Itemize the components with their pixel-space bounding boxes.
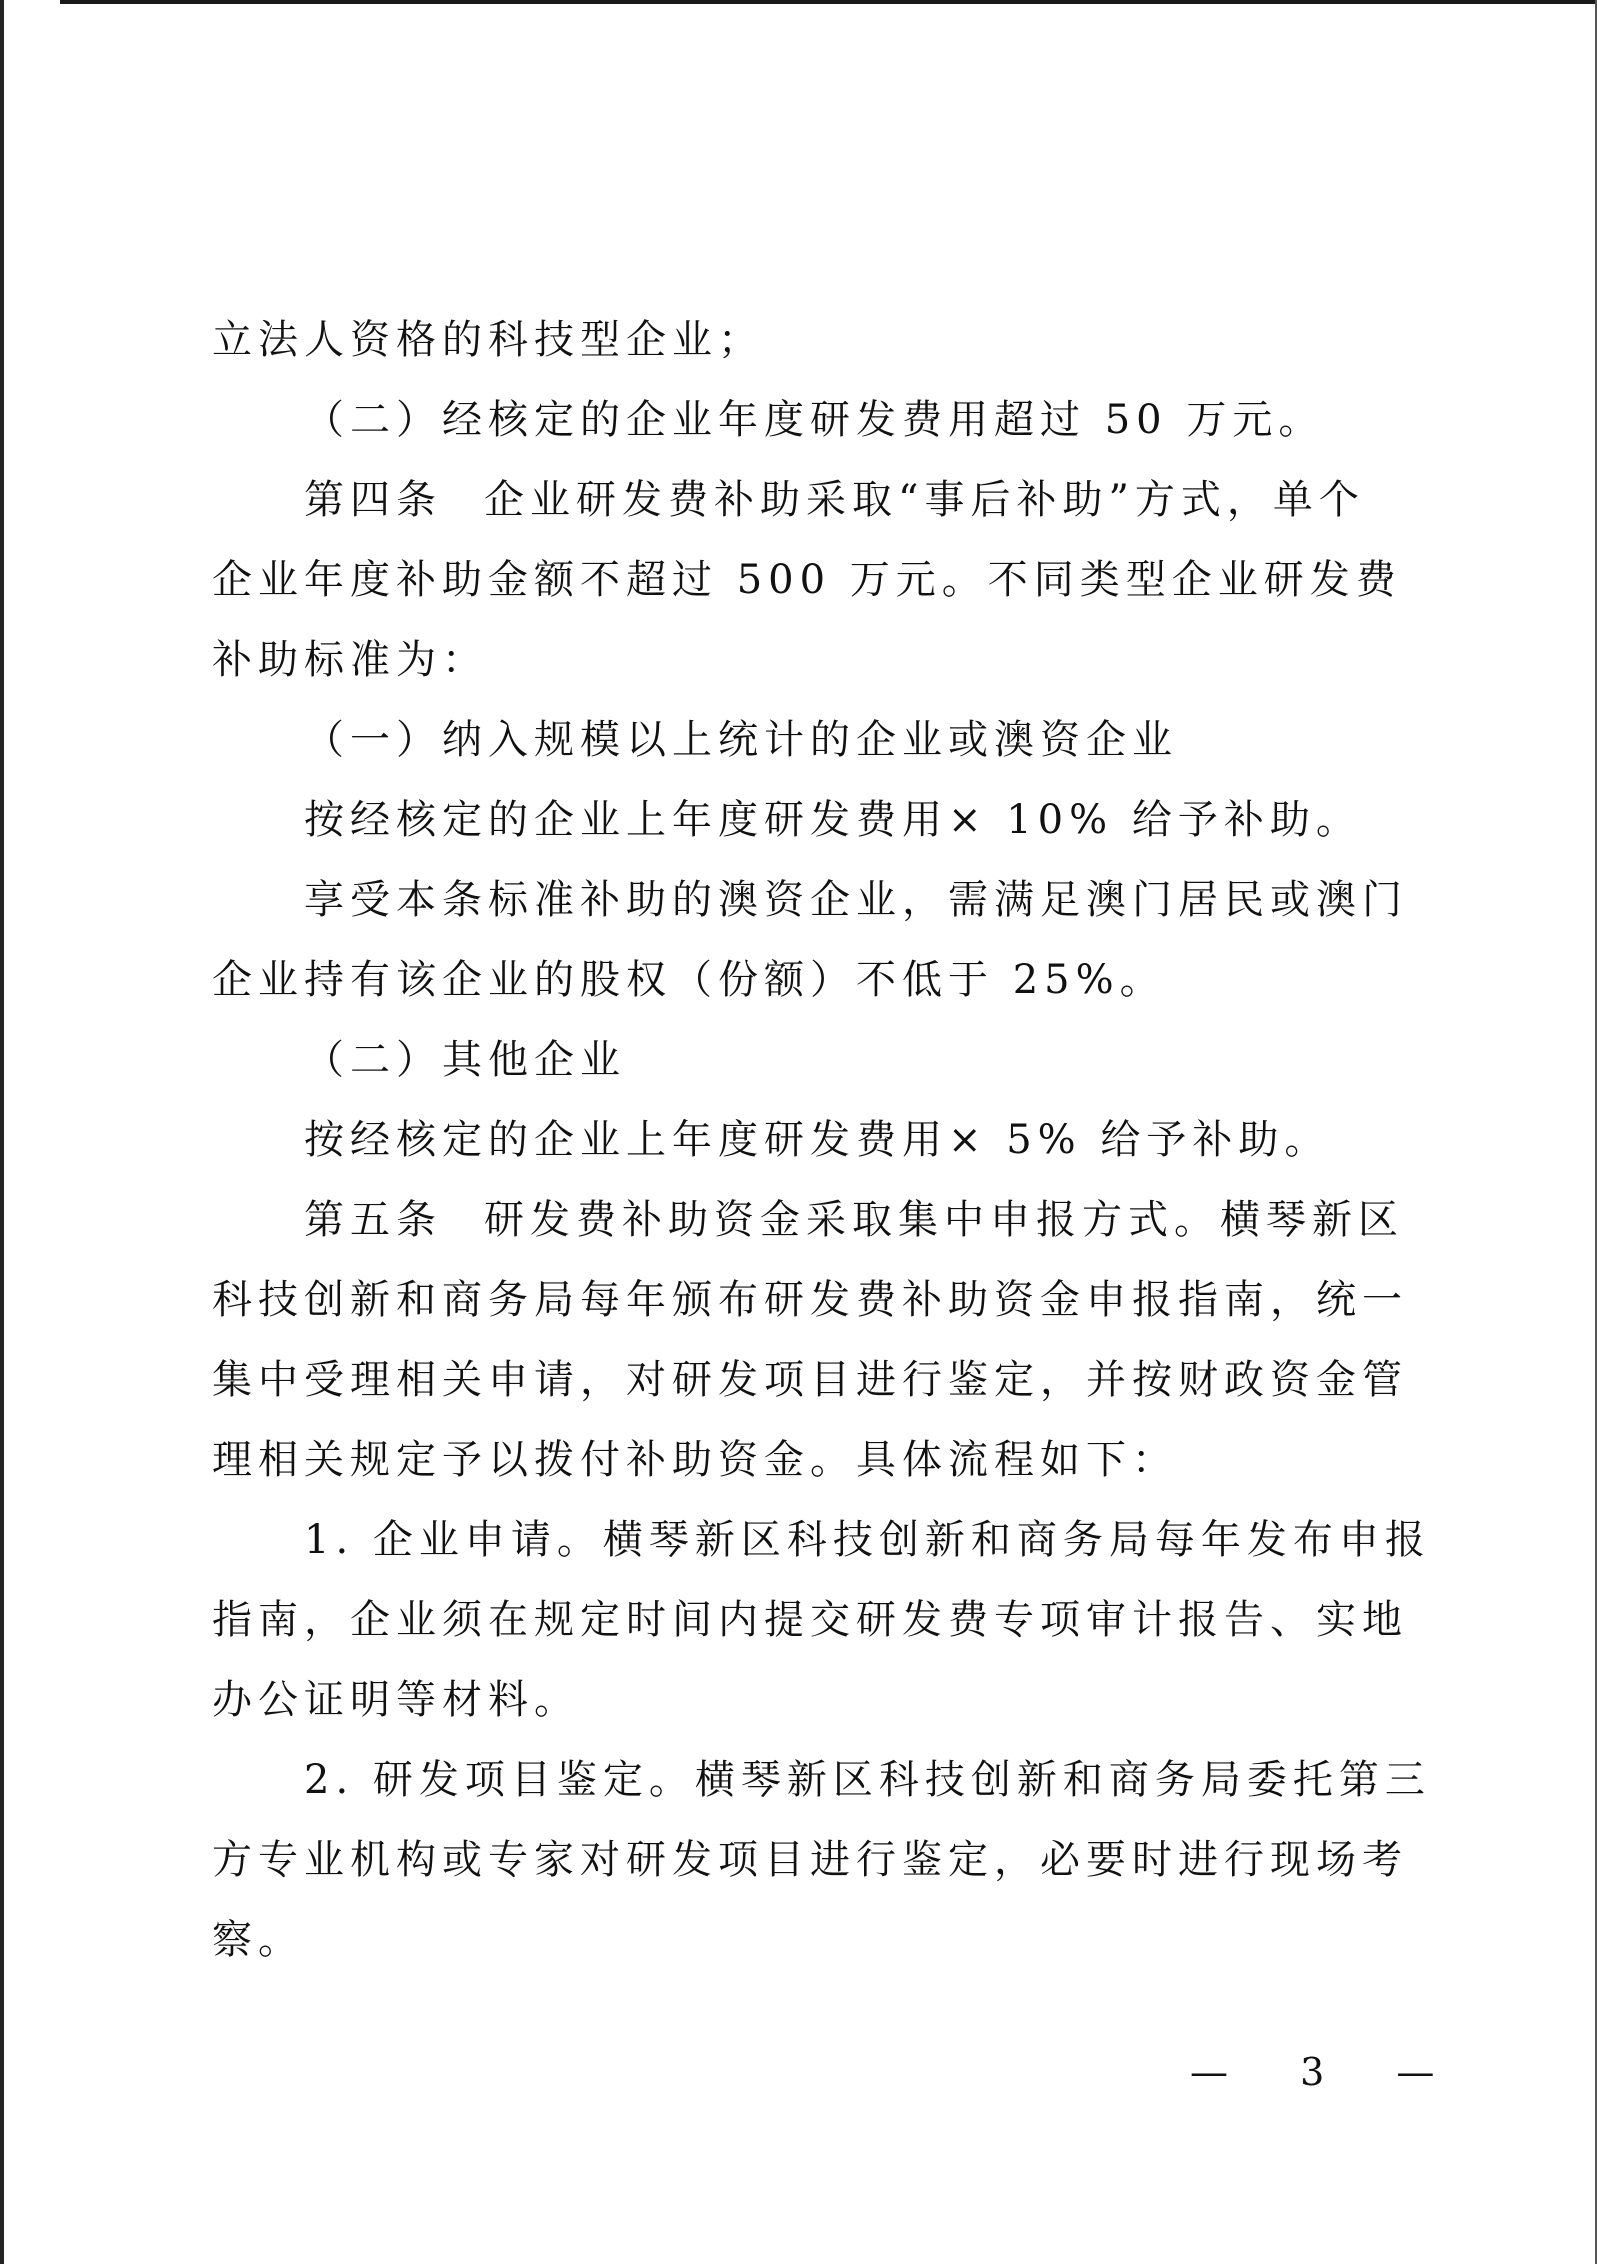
text-line: 科技创新和商务局每年颁布研发费补助资金申报指南，统一: [212, 1260, 1392, 1340]
scan-edge-top: [60, 0, 1597, 4]
text-line: 1. 企业申请。横琴新区科技创新和商务局每年发布申报: [212, 1500, 1392, 1580]
scan-edge-left: [0, 0, 4, 2264]
text-line: 企业年度补助金额不超过 500 万元。不同类型企业研发费: [212, 540, 1392, 620]
text-line: （二）经核定的企业年度研发费用超过 50 万元。: [212, 380, 1392, 460]
article-label: 第五条: [304, 1197, 442, 1243]
article-line: 第四条企业研发费补助采取“事后补助”方式，单个: [212, 460, 1392, 540]
text-line: 立法人资格的科技型企业；: [212, 300, 1392, 380]
text-line: 察。: [212, 1900, 1392, 1980]
text-line: 补助标准为：: [212, 620, 1392, 700]
article-line: 第五条研发费补助资金采取集中申报方式。横琴新区: [212, 1180, 1392, 1260]
text-line: 办公证明等材料。: [212, 1660, 1392, 1740]
page-number: — 3 —: [1190, 2050, 1464, 2094]
text-line: 享受本条标准补助的澳资企业，需满足澳门居民或澳门: [212, 860, 1392, 940]
text-line: 2. 研发项目鉴定。横琴新区科技创新和商务局委托第三: [212, 1740, 1392, 1820]
article-text: 研发费补助资金采取集中申报方式。横琴新区: [484, 1197, 1404, 1243]
text-line: 按经核定的企业上年度研发费用× 10% 给予补助。: [212, 780, 1392, 860]
text-line: 理相关规定予以拨付补助资金。具体流程如下：: [212, 1420, 1392, 1500]
text-line: （二）其他企业: [212, 1020, 1392, 1100]
text-line: 方专业机构或专家对研发项目进行鉴定，必要时进行现场考: [212, 1820, 1392, 1900]
text-line: 企业持有该企业的股权（份额）不低于 25%。: [212, 940, 1392, 1020]
article-label: 第四条: [304, 477, 442, 523]
text-line: （一）纳入规模以上统计的企业或澳资企业: [212, 700, 1392, 780]
text-line: 按经核定的企业上年度研发费用× 5% 给予补助。: [212, 1100, 1392, 1180]
document-page: 立法人资格的科技型企业； （二）经核定的企业年度研发费用超过 50 万元。 第四…: [212, 300, 1392, 1980]
text-line: 集中受理相关申请，对研发项目进行鉴定，并按财政资金管: [212, 1340, 1392, 1420]
text-line: 指南，企业须在规定时间内提交研发费专项审计报告、实地: [212, 1580, 1392, 1660]
article-text: 企业研发费补助采取“事后补助”方式，单个: [484, 477, 1365, 523]
